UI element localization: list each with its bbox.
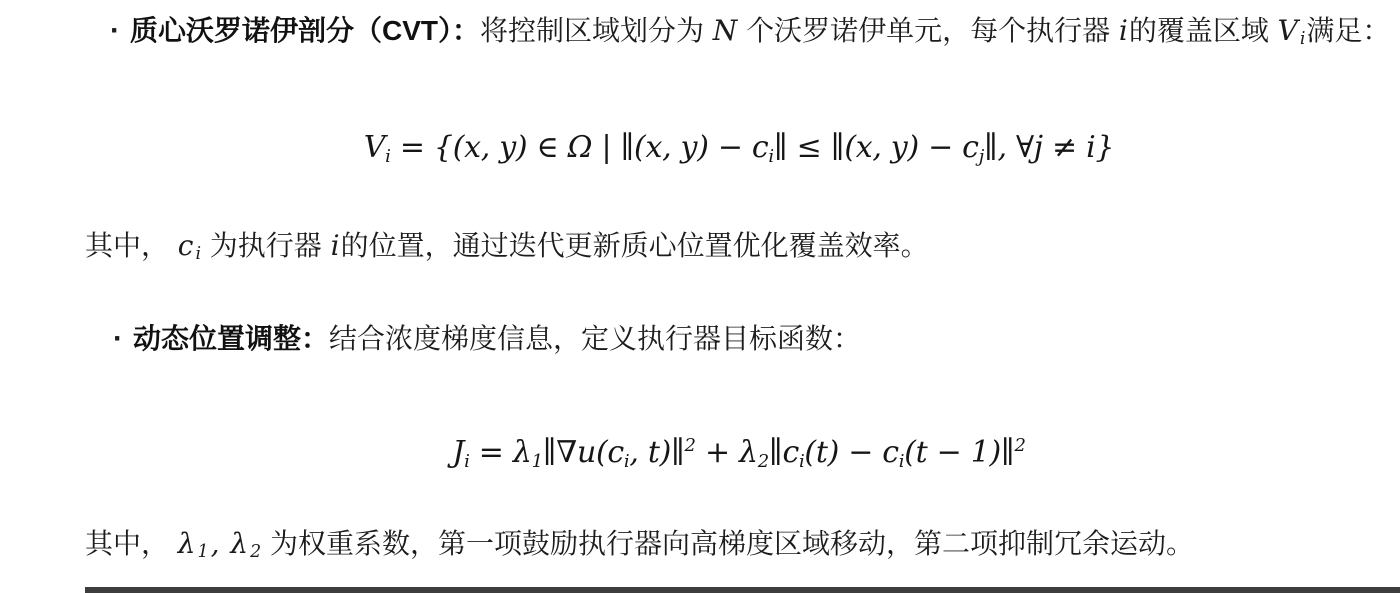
- formula-objective-function-text: Ji = λ1∥∇u(ci, t)∥2 + λ2∥ci(t) − ci(t − …: [452, 435, 1025, 470]
- formula-voronoi-partition: Vi = {(x, y) ∈ Ω | ∥(x, y) − ci∥ ≤ ∥(x, …: [0, 130, 1400, 165]
- bottom-divider-bar: [85, 587, 1400, 593]
- document-page: · 质心沃罗诺伊剖分（CVT）：将控制区域划分为 N 个沃罗诺伊单元，每个执行器…: [0, 0, 1400, 593]
- formula-voronoi-partition-text: Vi = {(x, y) ∈ Ω | ∥(x, y) − ci∥ ≤ ∥(x, …: [364, 130, 1114, 165]
- paragraph-centroid-note-text: 其中， ci 为执行器 i的位置，通过迭代更新质心位置优化覆盖效率。: [85, 230, 929, 261]
- paragraph-weights-note-text: 其中， λ1, λ2 为权重系数，第一项鼓励执行器向高梯度区域移动，第二项抑制冗…: [85, 528, 1194, 559]
- bullet-marker: ·: [113, 320, 123, 358]
- paragraph-centroid-note: 其中， ci 为执行器 i的位置，通过迭代更新质心位置优化覆盖效率。: [85, 227, 929, 265]
- paragraph-weights-note: 其中， λ1, λ2 为权重系数，第一项鼓励执行器向高梯度区域移动，第二项抑制冗…: [85, 525, 1194, 563]
- formula-objective-function: Ji = λ1∥∇u(ci, t)∥2 + λ2∥ci(t) − ci(t − …: [0, 435, 1400, 470]
- bullet-item-cvt-text: 质心沃罗诺伊剖分（CVT）：将控制区域划分为 N 个沃罗诺伊单元，每个执行器 i…: [130, 12, 1390, 50]
- bullet-marker: ·: [110, 12, 120, 50]
- bullet-item-dynamic-adjustment-text: 动态位置调整：结合浓度梯度信息，定义执行器目标函数：: [133, 320, 861, 358]
- bullet-item-dynamic-adjustment: · 动态位置调整：结合浓度梯度信息，定义执行器目标函数：: [113, 320, 861, 358]
- bullet-item-cvt: · 质心沃罗诺伊剖分（CVT）：将控制区域划分为 N 个沃罗诺伊单元，每个执行器…: [110, 12, 1390, 50]
